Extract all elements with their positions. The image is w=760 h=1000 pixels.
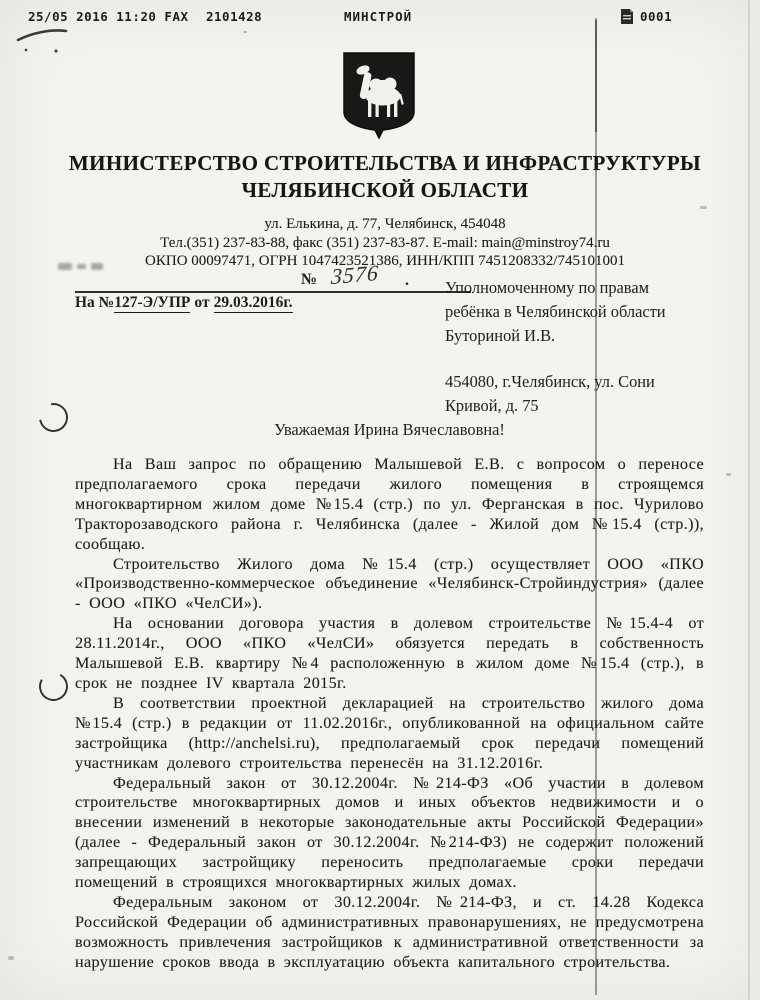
- letterhead: МИНИСТЕРСТВО СТРОИТЕЛЬСТВА И ИНФРАСТРУКТ…: [40, 150, 730, 271]
- fax-number: 2101428: [206, 9, 262, 24]
- coat-of-arms-camel-shield: [338, 50, 420, 145]
- scan-speckle: [726, 473, 731, 476]
- reply-prefix: На №: [75, 294, 114, 311]
- recipient-block: Уполномоченному по правам ребёнка в Челя…: [445, 276, 707, 418]
- page-edge-area: [750, 0, 760, 1000]
- recipient-address-line2: Кривой, д. 75: [445, 394, 707, 418]
- recipient-title-line2: ребёнка в Челябинской области: [445, 300, 707, 324]
- body-paragraph: Строительство Жилого дома №15.4 (стр.) о…: [75, 555, 704, 615]
- handwritten-outgoing-number: 3576: [330, 260, 379, 290]
- fax-scan-line-artifact-dark: [595, 20, 597, 132]
- number-sign: №: [301, 271, 317, 289]
- recipient-name: Буториной И.В.: [445, 324, 707, 348]
- body-paragraph: На основании договора участия в долевом …: [75, 614, 704, 694]
- reply-reference-line: На №127-Э/УПРот29.03.2016г.: [75, 294, 293, 312]
- reply-number: 127-Э/УПР: [114, 294, 190, 313]
- letter-body: На Ваш запрос по обращению Малышевой Е.В…: [75, 455, 704, 973]
- scanned-fax-letter: 25/05 2016 11:20 FAX 2101428 МИНСТРОЙ 00…: [0, 0, 760, 1000]
- fax-sender-name: МИНСТРОЙ: [344, 9, 412, 24]
- ministry-codes: ОКПО 00097471, ОГРН 1047423521386, ИНН/К…: [40, 252, 730, 271]
- recipient-title-line1: Уполномоченному по правам: [445, 276, 707, 300]
- pen-stroke-mark: [14, 24, 76, 58]
- fax-datetime: 25/05 2016 11:20 FAX: [28, 9, 189, 24]
- fax-page-number: 0001: [640, 9, 672, 24]
- body-paragraph: В соответствии проектной декларацией на …: [75, 694, 704, 774]
- number-dot: .: [405, 272, 409, 290]
- salutation: Уважаемая Ирина Вячеславовна!: [75, 420, 704, 440]
- outgoing-number-line: № 3576 .: [75, 270, 471, 293]
- body-paragraph: Федеральным законом от 30.12.2004г. №214…: [75, 893, 704, 973]
- ministry-address: ул. Елькина, д. 77, Челябинск, 454048: [40, 215, 730, 234]
- page-edge-shadow: [748, 0, 750, 1000]
- reply-of: от: [190, 294, 213, 311]
- hole-punch-mark: [33, 397, 73, 437]
- ministry-title-line2: ЧЕЛЯБИНСКОЙ ОБЛАСТИ: [40, 177, 730, 204]
- scan-speckle: [243, 31, 247, 33]
- reply-date: 29.03.2016г.: [214, 294, 293, 313]
- recipient-address-line1: 454080, г.Челябинск, ул. Сони: [445, 370, 707, 394]
- scan-speckle: [8, 956, 14, 960]
- body-paragraph: На Ваш запрос по обращению Малышевой Е.В…: [75, 455, 704, 555]
- body-paragraph: Федеральный закон от 30.12.2004г. №214-Ф…: [75, 774, 704, 893]
- fax-page-icon: [620, 8, 634, 25]
- ministry-title-line1: МИНИСТЕРСТВО СТРОИТЕЛЬСТВА И ИНФРАСТРУКТ…: [40, 150, 730, 177]
- hole-punch-mark: [36, 669, 72, 705]
- ministry-contacts: Тел.(351) 237-83-88, факс (351) 237-83-8…: [40, 234, 730, 253]
